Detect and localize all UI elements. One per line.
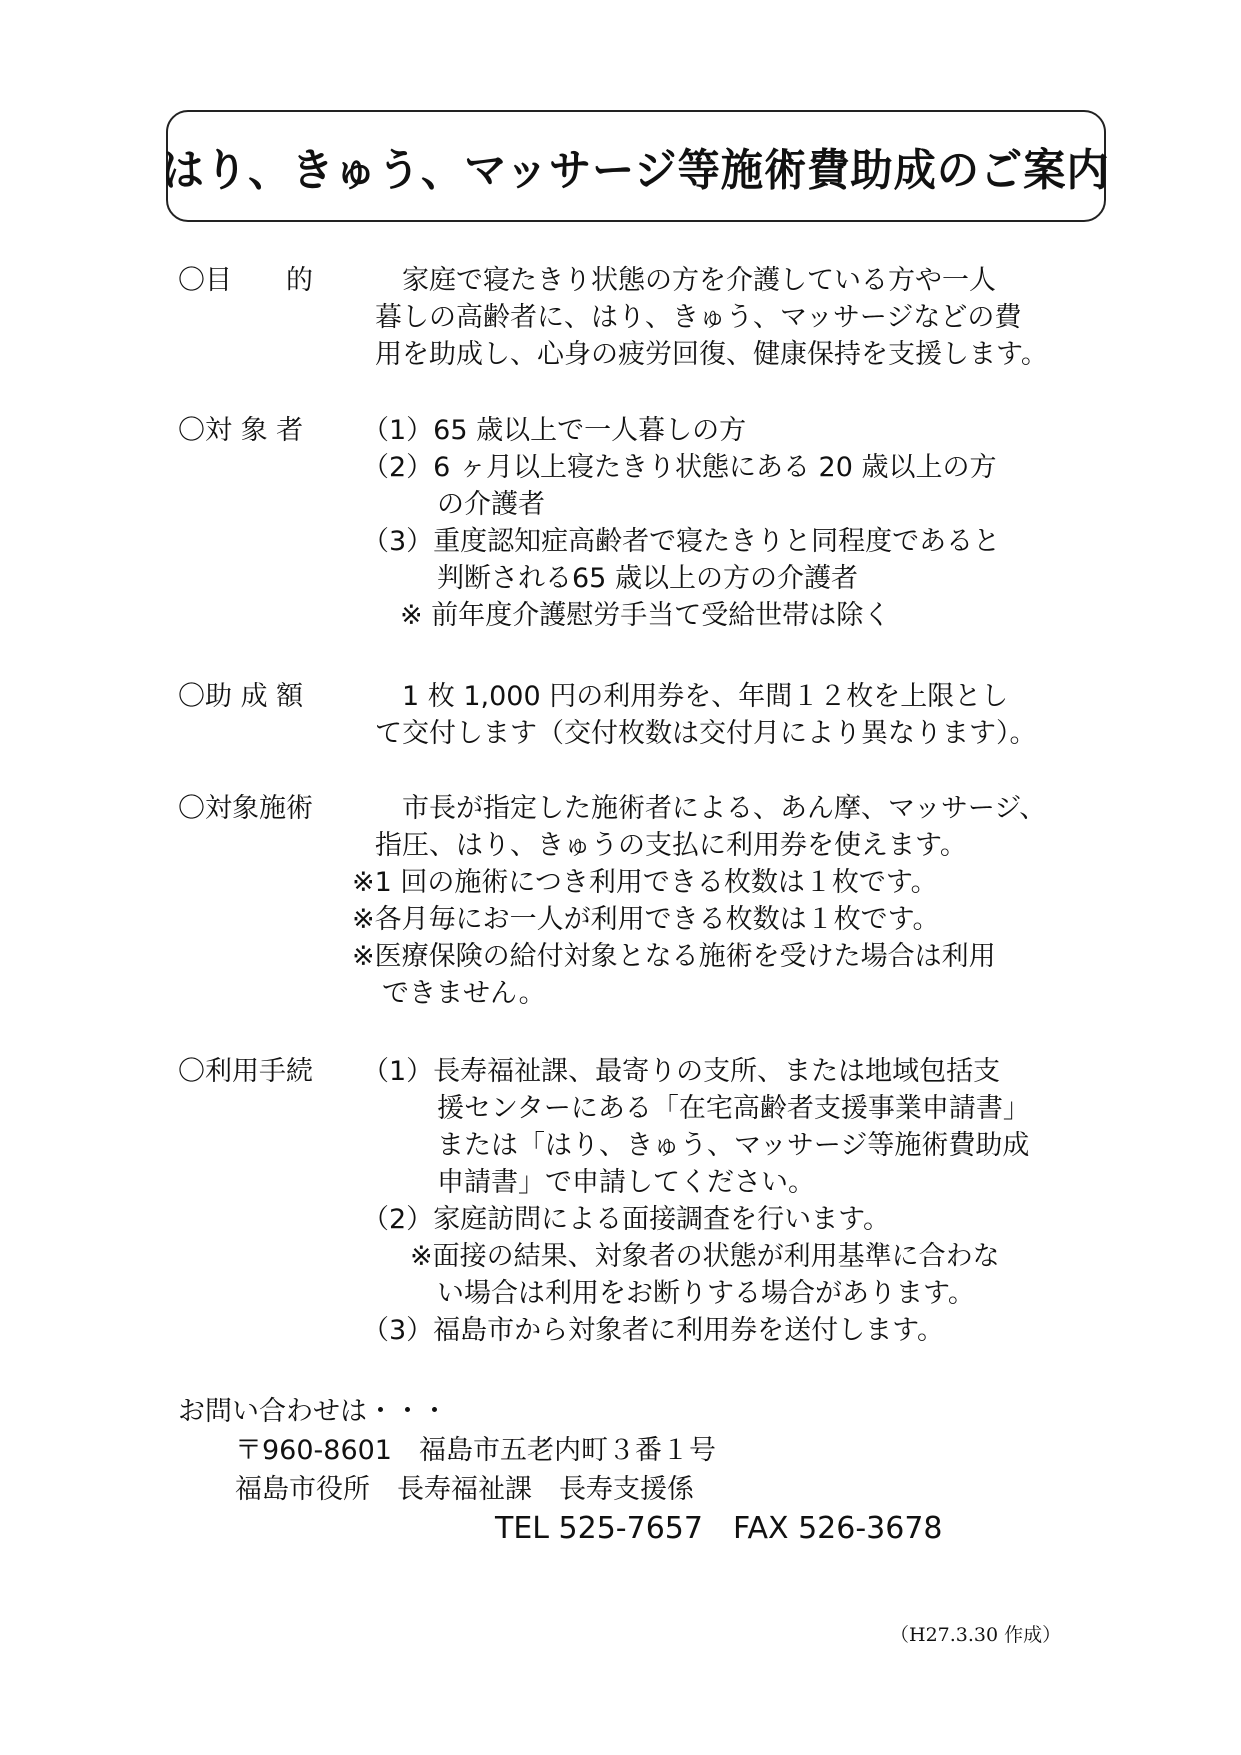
procedure-note: ※面接の結果、対象者の状態が利用基準に合わな <box>410 1238 1000 1275</box>
amount-line: て交付します（交付枚数は交付月により異なります）。 <box>375 715 1037 752</box>
treatment-note: ※1 回の施術につき利用できる枚数は１枚です。 <box>352 864 938 901</box>
contact-heading: お問い合わせは・・・ <box>178 1393 448 1430</box>
eligible-line: の介護者 <box>437 486 545 523</box>
purpose-line: 用を助成し、心身の疲労回復、健康保持を支援します。 <box>375 336 1048 373</box>
treatment-line: 指圧、はり、きゅうの支払に利用券を使えます。 <box>375 827 967 864</box>
section-label-purpose: 〇目 的 <box>178 262 313 299</box>
procedure-line: （2）家庭訪問による面接調査を行います。 <box>362 1201 890 1238</box>
procedure-line: 援センターにある「在宅高齢者支援事業申請書」 <box>437 1090 1030 1127</box>
amount-line: 1 枚 1,000 円の利用券を、年間１２枚を上限とし <box>375 678 1008 715</box>
eligible-line: （3）重度認知症高齢者で寝たきりと同程度であると <box>362 523 1000 560</box>
purpose-line: 暮しの高齢者に、はり、きゅう、マッサージなどの費 <box>375 299 1021 336</box>
section-label-eligible: 〇対 象 者 <box>178 412 303 449</box>
contact-phone-fax: TEL 525-7657 FAX 526-3678 <box>495 1510 943 1547</box>
contact-office: 福島市役所 長寿福祉課 長寿支援係 <box>235 1471 694 1508</box>
title-box: はり、きゅう、マッサージ等施術費助成のご案内 <box>166 110 1106 222</box>
treatment-note: できません。 <box>382 975 546 1012</box>
contact-address: 〒960-8601 福島市五老内町３番１号 <box>235 1432 716 1469</box>
procedure-note: い場合は利用をお断りする場合があります。 <box>437 1275 975 1312</box>
treatment-note: ※医療保険の給付対象となる施術を受けた場合は利用 <box>352 938 996 975</box>
purpose-line: 家庭で寝たきり状態の方を介護している方や一人 <box>375 262 996 299</box>
section-label-procedure: 〇利用手続 <box>178 1053 313 1090</box>
treatment-note: ※各月毎にお一人が利用できる枚数は１枚です。 <box>352 901 939 938</box>
eligible-line: 判断される65 歳以上の方の介護者 <box>437 560 858 597</box>
eligible-line: （2）6 ヶ月以上寝たきり状態にある 20 歳以上の方 <box>362 449 996 486</box>
section-label-amount: 〇助 成 額 <box>178 678 303 715</box>
document-title: はり、きゅう、マッサージ等施術費助成のご案内 <box>162 134 1110 198</box>
section-label-treatment: 〇対象施術 <box>178 790 313 827</box>
procedure-line: 申請書」で申請してください。 <box>437 1164 815 1201</box>
eligible-line: （1）65 歳以上で一人暮しの方 <box>362 412 746 449</box>
treatment-line: 市長が指定した施術者による、あん摩、マッサージ、 <box>375 790 1046 827</box>
creation-date: （H27.3.30 作成） <box>890 1620 1061 1647</box>
eligible-note: ※ 前年度介護慰労手当て受給世帯は除く <box>400 597 890 634</box>
procedure-line: （3）福島市から対象者に利用券を送付します。 <box>362 1312 944 1349</box>
procedure-line: または「はり、きゅう、マッサージ等施術費助成 <box>437 1127 1029 1164</box>
procedure-line: （1）長寿福祉課、最寄りの支所、または地域包括支 <box>362 1053 1000 1090</box>
